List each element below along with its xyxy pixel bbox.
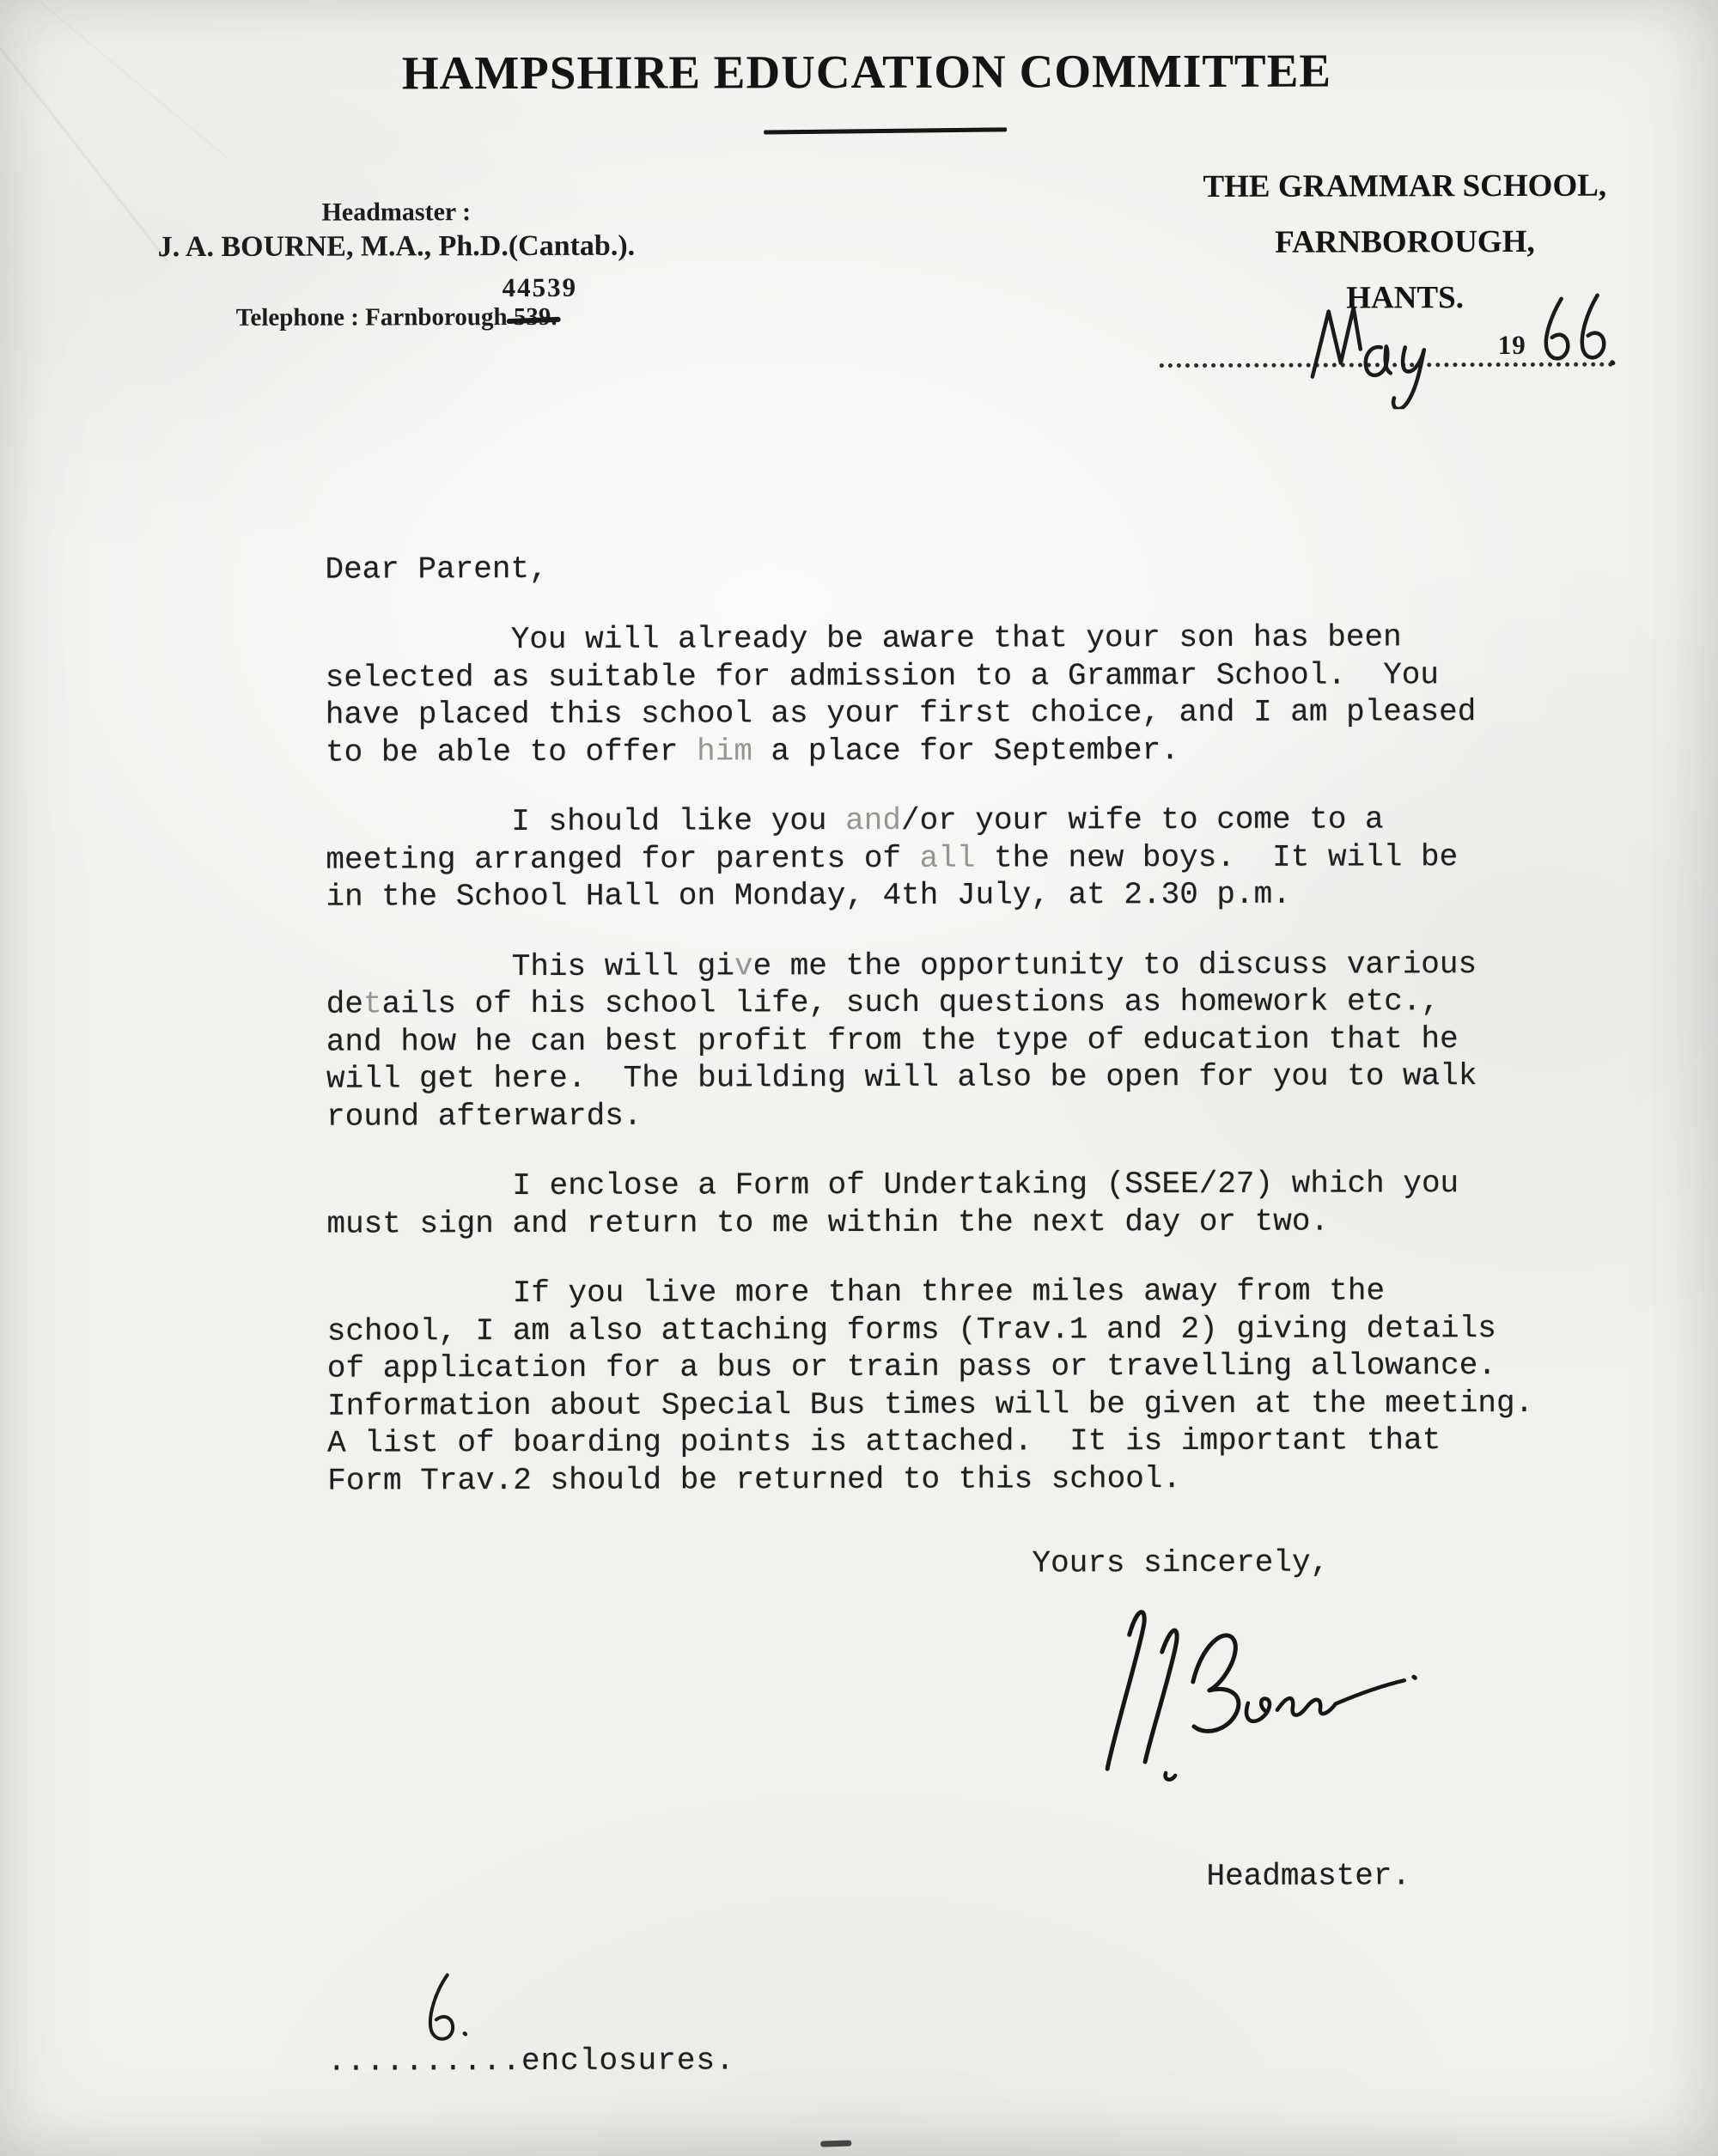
typewritten-line: You will already be aware that your son … <box>326 618 1614 659</box>
typewritten-line: must sign and return to me within the ne… <box>326 1202 1615 1242</box>
headmaster-signature <box>1063 1598 1446 1786</box>
enclosures-line: ..........enclosures. <box>327 2043 735 2079</box>
typewritten-line: If you live more than three miles away f… <box>327 1272 1616 1312</box>
salutation: Dear Parent, <box>325 548 1613 589</box>
typewritten-line: in the School Hall on Monday, 4th July, … <box>326 875 1614 916</box>
typewritten-line: A list of boarding points is attached. I… <box>327 1422 1616 1462</box>
telephone-line: Telephone : Farnborough 539. <box>131 303 662 333</box>
typewritten-line: of application for a bus or train pass o… <box>327 1347 1616 1387</box>
paragraph: This will give me the opportunity to dis… <box>326 945 1616 1135</box>
date-dotted-line <box>1160 333 1613 368</box>
address-line: FARNBOROUGH, <box>1198 214 1611 271</box>
typewritten-line: have placed this school as your first ch… <box>326 693 1614 734</box>
handwritten-enclosure-count <box>413 1970 475 2049</box>
scan-artifact <box>820 2141 851 2147</box>
typewritten-line: school, I am also attaching forms (Trav.… <box>327 1309 1616 1349</box>
closing: Yours sincerely, <box>1032 1545 1329 1581</box>
page-title: HAMPSHIRE EDUCATION COMMITTEE <box>8 42 1718 100</box>
headmaster-label: Headmaster : <box>131 197 661 229</box>
address-line: HANTS. <box>1199 270 1611 326</box>
signed-role: Headmaster. <box>1206 1858 1410 1894</box>
headmaster-block: Headmaster : J. A. BOURNE, M.A., Ph.D.(C… <box>131 197 661 333</box>
typewritten-line: will get here. The building will also be… <box>326 1057 1615 1098</box>
printed-year-prefix: 19 <box>1498 330 1526 361</box>
typewritten-line: selected as suitable for admission to a … <box>326 655 1614 696</box>
new-phone-number: 44539 <box>503 272 578 303</box>
letter-body: Dear Parent, You will already be aware t… <box>325 548 1616 1532</box>
typewritten-line: I enclose a Form of Undertaking (SSEE/27… <box>326 1165 1615 1205</box>
headmaster-name: J. A. BOURNE, M.A., Ph.D.(Cantab.). <box>131 228 661 267</box>
telephone-prefix: Telephone : Farnborough <box>236 303 514 332</box>
typewritten-line: details of his school life, such questio… <box>326 983 1615 1023</box>
typewritten-line: I should like you and/or your wife to co… <box>326 801 1614 841</box>
paragraph: You will already be aware that your son … <box>326 618 1614 771</box>
typewritten-line: round afterwards. <box>326 1094 1615 1135</box>
typewritten-line: This will give me the opportunity to dis… <box>326 945 1615 985</box>
typewritten-line: Form Trav.2 should be returned to this s… <box>327 1459 1616 1499</box>
typewritten-line: meeting arranged for parents of all the … <box>326 837 1614 878</box>
typewritten-line: and how he can best profit from the type… <box>326 1020 1615 1060</box>
address-line: THE GRAMMAR SCHOOL, <box>1198 158 1611 215</box>
paragraphs: You will already be aware that your son … <box>326 618 1617 1500</box>
typewritten-line: to be able to offer him a place for Sept… <box>326 730 1614 770</box>
paragraph: If you live more than three miles away f… <box>327 1272 1617 1500</box>
paragraph: I enclose a Form of Undertaking (SSEE/27… <box>326 1165 1615 1243</box>
title-rule <box>764 127 1007 134</box>
old-phone-number-struck: 539. <box>514 303 557 332</box>
page-content: HAMPSHIRE EDUCATION COMMITTEE Headmaster… <box>0 0 1718 2156</box>
school-address-block: THE GRAMMAR SCHOOL, FARNBOROUGH, HANTS. <box>1198 158 1611 326</box>
scanned-letter-page: HAMPSHIRE EDUCATION COMMITTEE Headmaster… <box>0 0 1718 2156</box>
paragraph: I should like you and/or your wife to co… <box>326 801 1614 916</box>
typewritten-line: Information about Special Bus times will… <box>327 1384 1616 1424</box>
